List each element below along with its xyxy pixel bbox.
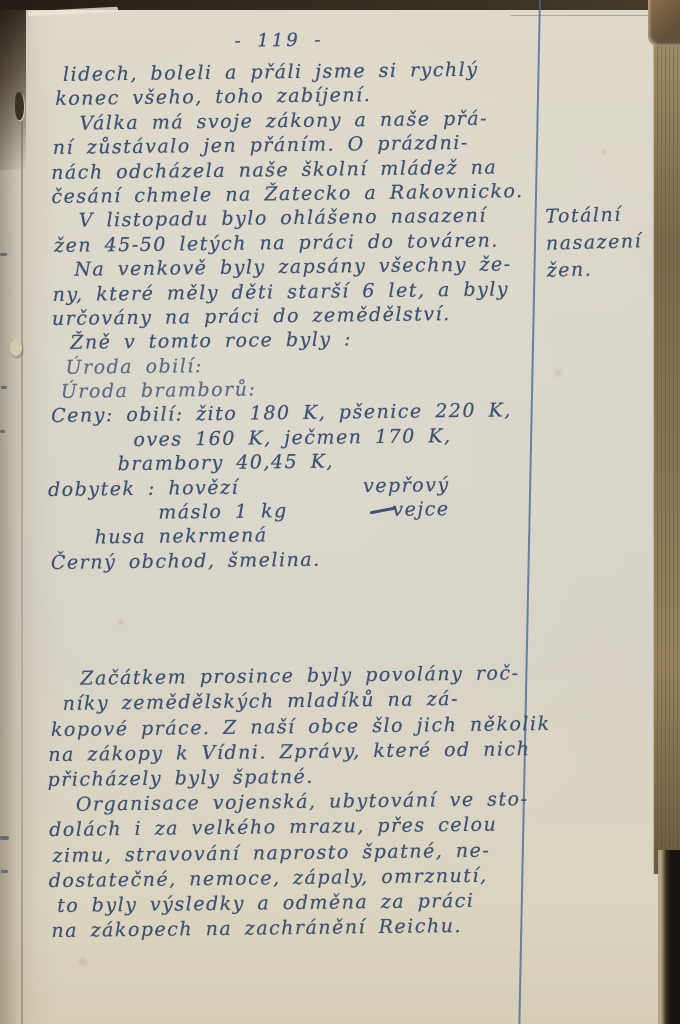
price-row-right: vejce	[370, 497, 450, 522]
paper-tear	[15, 92, 24, 120]
margin-note: Totální nasazení žen.	[545, 200, 677, 284]
ink-bleed-mark	[0, 836, 9, 840]
text-line: na zákopech na zachránění Reichu.	[51, 913, 549, 944]
price-row-left: dobytek : hovězí	[48, 476, 239, 500]
page-crease	[21, 90, 23, 1024]
chronicle-page-photo: - 119 - lidech, boleli a přáli jsme si r…	[0, 0, 680, 1024]
book-page-stack-edge	[653, 34, 680, 874]
paper-blemish	[10, 340, 22, 356]
second-paragraph-block: Začátkem prosince byly povolány roč- ník…	[46, 661, 549, 944]
page-content: - 119 - lidech, boleli a přáli jsme si r…	[38, 27, 549, 944]
ink-bleed-mark	[1, 870, 8, 873]
ink-bleed-mark	[0, 430, 5, 433]
foxing-spot	[76, 956, 90, 967]
book-edge-shadow	[658, 850, 680, 1024]
page-number: - 119 -	[234, 27, 538, 57]
foxing-spot	[600, 148, 608, 156]
book-corner	[648, 0, 680, 46]
ink-bleed-mark	[1, 386, 7, 389]
price-row-right: vepřový	[363, 473, 450, 498]
foxing-spot	[552, 368, 564, 378]
price-row-left: máslo 1 kg	[158, 500, 288, 524]
margin-note-line: Totální	[545, 200, 676, 230]
margin-note-line: žen.	[546, 254, 677, 284]
ink-bleed-mark	[0, 253, 7, 256]
margin-note-line: nasazení	[546, 227, 677, 257]
blank-space	[45, 569, 546, 667]
